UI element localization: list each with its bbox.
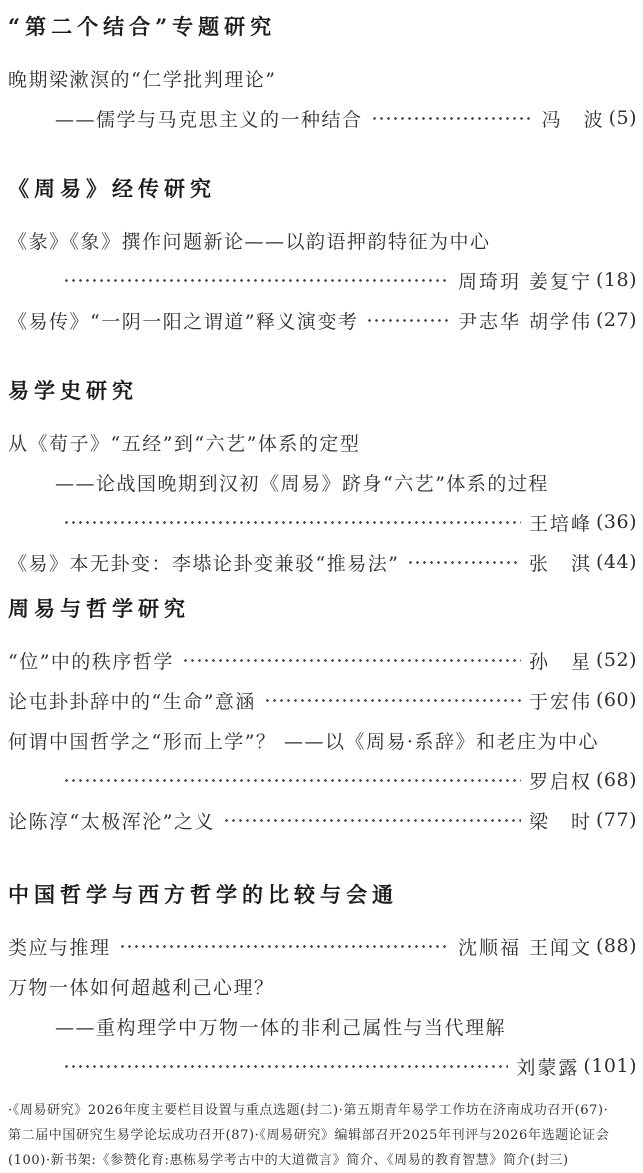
toc-row: 罗启权(68) [8,760,637,800]
section-header: “第二个结合”专题研究 [8,14,637,40]
footer-line: 第二届中国研究生易学论坛成功召开(87)·《周易研究》编辑部召开2025年刊评与… [8,1123,637,1148]
article-title: “位”中的秩序哲学 [8,647,174,674]
article-title: 何谓中国哲学之“形而上学”？ ——以《周易·系辞》和老庄为中心 [8,727,599,754]
toc-row: 何谓中国哲学之“形而上学”？ ——以《周易·系辞》和老庄为中心 [8,720,637,760]
authors: 尹志华 胡学伟 [458,307,592,334]
article-title: 万物一体如何超越利己心理？ [8,973,275,1000]
footer-line: ·《周易研究》2026年度主要栏目设置与重点选题(封二)·第五期青年易学工作坊在… [8,1098,637,1123]
toc-section: 周易与哲学研究“位”中的秩序哲学孙 星(52)论屯卦卦辞中的“生命”意涵于宏伟(… [8,596,637,840]
toc-row: 论陈淳“太极浑沦”之义梁 时(77) [8,800,637,840]
toc-row: 论屯卦卦辞中的“生命”意涵于宏伟(60) [8,680,637,720]
section-header: 《周易》经传研究 [8,176,637,202]
dot-leader [371,98,534,138]
article-title: 《彖》《象》撰作问题新论——以韵语押韵特征为中心 [8,227,491,254]
toc-row: 刘蒙露(101) [8,1046,637,1086]
article-title: 论陈淳“太极浑沦”之义 [8,807,215,834]
page-number: (27) [596,309,637,331]
toc-row: ——论战国晚期到汉初《周易》跻身“六艺”体系的过程 [8,462,637,502]
authors: 孙 星 [529,647,592,674]
page-number: (60) [596,689,637,711]
toc-row: 《易传》“一阴一阳之谓道”释义演变考尹志华 胡学伟(27) [8,300,637,340]
authors: 梁 时 [529,807,592,834]
dot-leader [407,542,521,582]
dot-leader [63,502,521,542]
page-number: (18) [596,269,637,291]
page-number: (77) [596,809,637,831]
footer-line: (100)·新书架:《参赞化育:惠栋易学考古中的大道微言》简介、《周易的教育智慧… [8,1148,637,1173]
page-number: (101) [583,1055,637,1077]
toc-section: 易学史研究从《荀子》“五经”到“六艺”体系的定型——论战国晚期到汉初《周易》跻身… [8,378,637,582]
table-of-contents: “第二个结合”专题研究晚期梁漱溟的“仁学批判理论”——儒学与马克思主义的一种结合… [8,14,637,1086]
authors: 周琦玥 姜复宁 [458,267,592,294]
page-number: (88) [596,935,637,957]
dot-leader [63,260,450,300]
toc-row: 晚期梁漱溟的“仁学批判理论” [8,58,637,98]
toc-row: ——重构理学中万物一体的非利己属性与当代理解 [8,1006,637,1046]
article-title: 晚期梁漱溟的“仁学批判理论” [8,65,276,92]
toc-row: 《彖》《象》撰作问题新论——以韵语押韵特征为中心 [8,220,637,260]
article-title: ——儒学与马克思主义的一种结合 [55,105,363,132]
toc-row: 周琦玥 姜复宁(18) [8,260,637,300]
page-number: (36) [596,511,637,533]
toc-row: 《易》本无卦变：李塨论卦变兼驳“推易法”张 淇(44) [8,542,637,582]
dot-leader [63,760,521,800]
toc-row: ——儒学与马克思主义的一种结合冯 波(5) [8,98,637,138]
page-number: (5) [609,107,637,129]
toc-section: 《周易》经传研究《彖》《象》撰作问题新论——以韵语押韵特征为中心周琦玥 姜复宁(… [8,176,637,340]
authors: 刘蒙露 [516,1053,579,1080]
dot-leader [182,640,521,680]
authors: 王培峰 [529,509,592,536]
toc-row: “位”中的秩序哲学孙 星(52) [8,640,637,680]
article-title: 类应与推理 [8,933,111,960]
dot-leader [264,680,521,720]
section-header: 易学史研究 [8,378,637,404]
article-title: 《易传》“一阴一阳之谓道”释义演变考 [8,307,358,334]
page-number: (44) [596,551,637,573]
page-number: (52) [596,649,637,671]
toc-section: “第二个结合”专题研究晚期梁漱溟的“仁学批判理论”——儒学与马克思主义的一种结合… [8,14,637,138]
authors: 罗启权 [529,767,592,794]
page-number: (68) [596,769,637,791]
authors: 沈顺福 王闻文 [458,933,592,960]
dot-leader [119,926,450,966]
toc-row: 类应与推理沈顺福 王闻文(88) [8,926,637,966]
authors: 张 淇 [529,549,592,576]
authors: 于宏伟 [529,687,592,714]
article-title: 《易》本无卦变：李塨论卦变兼驳“推易法” [8,549,399,576]
toc-row: 万物一体如何超越利己心理？ [8,966,637,1006]
article-title: 从《荀子》“五经”到“六艺”体系的定型 [8,429,360,456]
article-title: ——重构理学中万物一体的非利己属性与当代理解 [55,1013,506,1040]
section-header: 周易与哲学研究 [8,596,637,622]
footer-notes: ·《周易研究》2026年度主要栏目设置与重点选题(封二)·第五期青年易学工作坊在… [8,1098,637,1173]
dot-leader [223,800,521,840]
article-title: 论屯卦卦辞中的“生命”意涵 [8,687,256,714]
toc-row: 从《荀子》“五经”到“六艺”体系的定型 [8,422,637,462]
dot-leader [366,300,450,340]
authors: 冯 波 [542,105,605,132]
toc-section: 中国哲学与西方哲学的比较与会通类应与推理沈顺福 王闻文(88)万物一体如何超越利… [8,882,637,1086]
article-title: ——论战国晚期到汉初《周易》跻身“六艺”体系的过程 [55,469,549,496]
dot-leader [63,1046,508,1086]
section-header: 中国哲学与西方哲学的比较与会通 [8,882,637,908]
toc-row: 王培峰(36) [8,502,637,542]
